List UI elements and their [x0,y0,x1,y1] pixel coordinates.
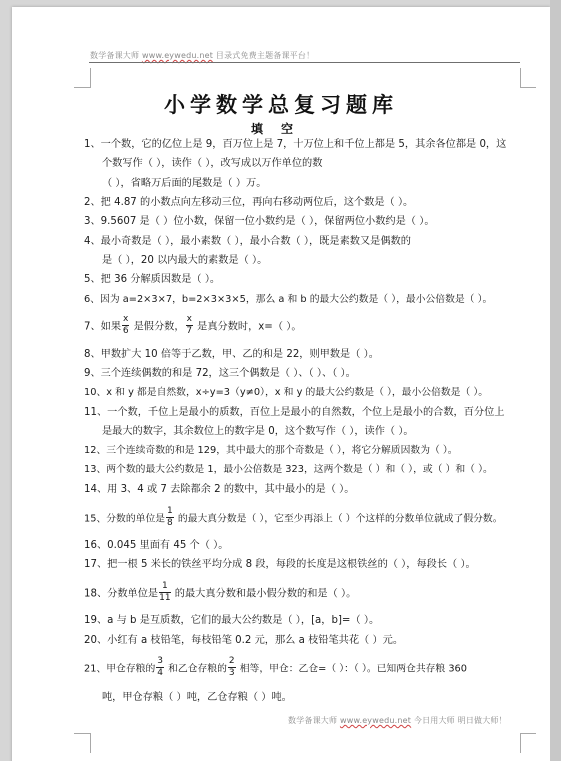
question-1-line-2: 个数写作（ ），读作（ ），改写成以万作单位的数 [102,157,322,171]
footer-prefix: 数学备课大师 [288,716,340,725]
question-21-suffix: 相等，甲仓：乙仓=（ ）：（ ）。已知两仓共存粮 360 [237,664,467,675]
question-4-line-1: 4、最小奇数是（ ），最小素数（ ），最小合数（ ），既是素数又是偶数的 [84,235,411,249]
fraction-1-over-8: 18 [166,506,174,529]
fraction-numerator: x [186,314,193,326]
question-19: 19、a 与 b 是互质数，它们的最大公约数是（ ），[a，b]=（ ）。 [84,614,379,628]
fraction-denominator: 3 [228,668,236,679]
question-1-line-3: （ ），省略万后面的尾数是（ ）万。 [102,177,266,191]
crop-mark-bottom-left-h [74,733,90,734]
question-16: 16、0.045 里面有 45 个（ ）。 [84,539,228,553]
fraction-x-over-7: x7 [186,314,193,337]
footer-suffix: 今日用大师 明日做大师！ [411,716,507,725]
question-3: 3、9.5607 是（ ）位小数，保留一位小数约是（ ），保留两位小数约是（ ）… [84,215,435,229]
fraction-denominator: 4 [156,668,164,679]
question-18-prefix: 18、分数单位是 [84,589,158,600]
question-12: 12、三个连续奇数的和是 129，其中最大的那个奇数是（ ），将它分解质因数为（… [84,444,458,458]
question-7-suffix: 是真分数时，x=（ ）。 [194,322,302,333]
fraction-denominator: 7 [186,326,193,337]
page-header: 数学备课大师 www.eywedu.net 目录式免费主题备课平台！ [90,50,314,61]
question-20: 20、小红有 a 枝铅笔，每枝铅笔 0.2 元，那么 a 枝铅笔共花（ ）元。 [84,634,403,648]
fraction-3-over-4: 34 [156,656,164,679]
question-15: 15、分数的单位是18 的最大真分数是（ ），它至少再添上（ ）个这样的分数单位… [84,507,503,530]
question-8: 8、甲数扩大 10 倍等于乙数，甲、乙的和是 22，则甲数是（ ）。 [84,348,379,362]
fraction-denominator: 11 [159,593,170,604]
fraction-numerator: 1 [159,581,170,593]
question-18-suffix: 的最大真分数和最小假分数的和是（ ）。 [172,589,357,600]
crop-mark-top-right-h [520,87,536,88]
fraction-numerator: 3 [156,656,164,668]
window-scroll-gutter [550,0,561,761]
question-6: 6、因为 a=2×3×7，b=2×3×3×5，那么 a 和 b 的最大公约数是（… [84,293,492,307]
question-21-prefix: 21、甲仓存粮的 [84,664,155,675]
fraction-denominator: 8 [166,518,174,529]
crop-mark-top-left-v [90,68,91,88]
question-9: 9、三个连续偶数的和是 72，这三个偶数是（ ）、（ ）、（ ）。 [84,367,356,381]
header-prefix: 数学备课大师 [90,51,142,60]
page-footer: 数学备课大师 www.eywedu.net 今日用大师 明日做大师！ [288,715,507,726]
fraction-1-over-11: 111 [159,581,170,604]
document-title: 小学数学总复习题库 [12,89,550,119]
question-15-suffix: 的最大真分数是（ ），它至少再添上（ ）个这样的分数单位就成了假分数。 [175,514,503,525]
footer-url: www.eywedu.net [340,716,411,725]
question-7-middle: 是假分数， [130,322,184,333]
question-17: 17、把一根 5 米长的铁丝平均分成 8 段，每段的长度是这根铁丝的（ ），每段… [84,558,476,572]
fraction-2-over-3: 23 [228,656,236,679]
question-4-line-2: 是（ ），20 以内最大的素数是（ ）。 [102,254,267,268]
document-page: 数学备课大师 www.eywedu.net 目录式免费主题备课平台！ 小学数学总… [12,7,550,761]
question-11-line-1: 11、一个数，千位上是最小的质数，百位上是最小的自然数，个位上是最小的合数，百分… [84,406,504,420]
section-heading: 填空 [12,120,550,137]
fraction-numerator: 2 [228,656,236,668]
fraction-denominator: 6 [122,326,129,337]
fraction-numerator: x [122,314,129,326]
header-url: www.eywedu.net [142,51,213,60]
crop-mark-top-right-v [520,68,521,88]
question-15-prefix: 15、分数的单位是 [84,514,165,525]
question-7-prefix: 7、如果 [84,322,121,333]
question-21-middle: 和乙仓存粮的 [165,664,227,675]
question-13: 13、两个数的最大公约数是 1，最小公倍数是 323，这两个数是（ ）和（ ），… [84,463,493,477]
fraction-numerator: 1 [166,506,174,518]
question-14: 14、用 3、4 或 7 去除都余 2 的数中，其中最小的是（ ）。 [84,483,354,497]
question-10: 10、x 和 y 都是自然数，x÷y=3（y≠0），x 和 y 的最大公约数是（… [84,386,488,400]
question-11-line-2: 是最大的数字，其余数位上的数字是 0，这个数写作（ ），读作（ ）。 [102,425,414,439]
fraction-x-over-6: x6 [122,314,129,337]
question-2: 2、把 4.87 的小数点向左移动三位，再向右移动两位后，这个数是（ ）。 [84,196,413,210]
question-1-line-1: 1、一个数，它的亿位上是 9，百万位上是 7，十万位上和千位上都是 5，其余各位… [84,138,506,152]
header-suffix: 目录式免费主题备课平台！ [213,51,314,60]
question-5: 5、把 36 分解质因数是（ ）。 [84,273,220,287]
question-18: 18、分数单位是111 的最大真分数和最小假分数的和是（ ）。 [84,582,356,605]
header-rule [89,62,520,63]
crop-mark-bottom-right-v [520,733,521,753]
crop-mark-bottom-left-v [90,733,91,753]
crop-mark-top-left-h [74,87,90,88]
question-21: 21、甲仓存粮的34 和乙仓存粮的23 相等，甲仓：乙仓=（ ）：（ ）。已知两… [84,657,467,680]
question-21-line-2: 吨，甲仓存粮（ ）吨，乙仓存粮（ ）吨。 [102,691,292,705]
question-7: 7、如果x6 是假分数，x7 是真分数时，x=（ ）。 [84,315,302,338]
crop-mark-bottom-right-h [520,733,536,734]
